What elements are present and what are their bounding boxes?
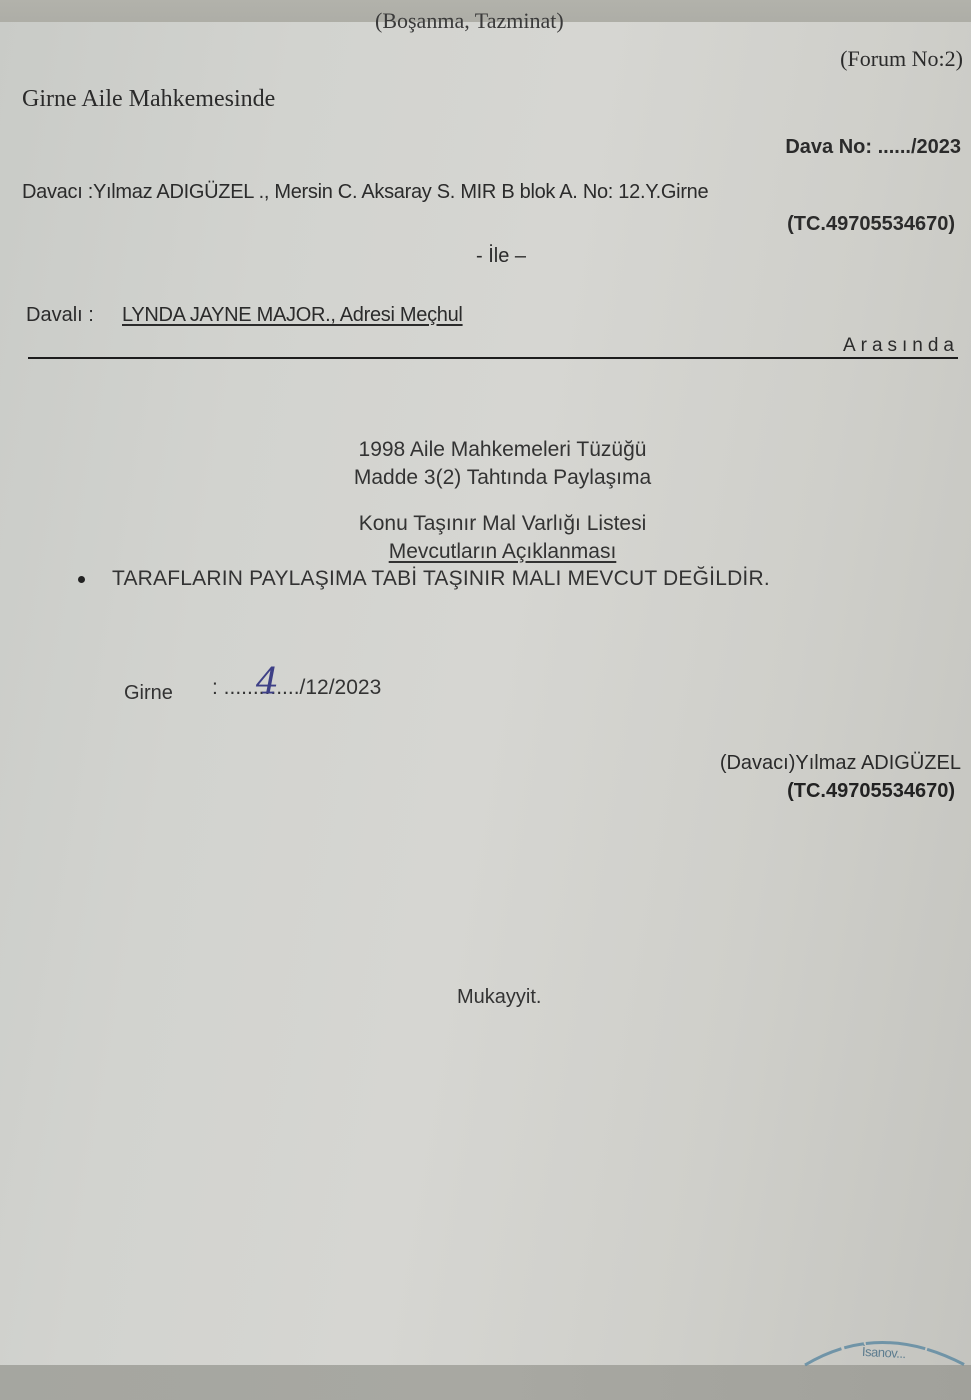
separator-word: - İle –	[476, 245, 526, 268]
form-number: (Forum No:2)	[840, 46, 963, 72]
signer-id: (TC.49705534670)	[787, 780, 955, 803]
bullet-item: TARAFLARIN PAYLAŞIMA TABİ TAŞINIR MALI M…	[78, 567, 770, 591]
date-line: : ............./12/2023	[212, 676, 381, 700]
defendant-name: LYNDA JAYNE MAJOR., Adresi Meçhul	[122, 304, 463, 327]
bullet-text: TARAFLARIN PAYLAŞIMA TABİ TAŞINIR MALI M…	[112, 567, 770, 590]
plaintiff-id: (TC.49705534670)	[787, 213, 955, 236]
place-label: Girne	[124, 682, 173, 705]
registrar-label: Mukayyit.	[457, 986, 541, 1009]
horizontal-rule	[28, 357, 958, 359]
bullet-icon	[78, 576, 85, 583]
title-line-3: Konu Taşınır Mal Varlığı Listesi	[0, 512, 971, 536]
defendant-label: Davalı :	[26, 304, 94, 327]
photo-background-bottom	[0, 1365, 971, 1400]
clipped-header-line: (Boşanma, Tazminat)	[375, 8, 564, 34]
case-number: Dava No: ....../2023	[785, 136, 961, 159]
title-line-4: Mevcutların Açıklanması	[0, 540, 971, 564]
date-suffix: ..../12/2023	[276, 676, 381, 699]
stamp-text: İsanov...	[862, 1344, 906, 1361]
title-line-2: Madde 3(2) Tahtında Paylaşıma	[0, 466, 971, 490]
clipped-header-text: (Boşanma, Tazminat)	[375, 8, 564, 34]
handwritten-day: 4	[256, 662, 279, 703]
plaintiff-line: Davacı :Yılmaz ADIGÜZEL ., Mersin C. Aks…	[22, 181, 708, 204]
between-word: Arasında	[843, 335, 959, 357]
title-line-1: 1998 Aile Mahkemeleri Tüzüğü	[0, 438, 971, 462]
signer-name: (Davacı)Yılmaz ADIGÜZEL	[720, 752, 961, 775]
court-name: Girne Aile Mahkemesinde	[22, 86, 275, 113]
